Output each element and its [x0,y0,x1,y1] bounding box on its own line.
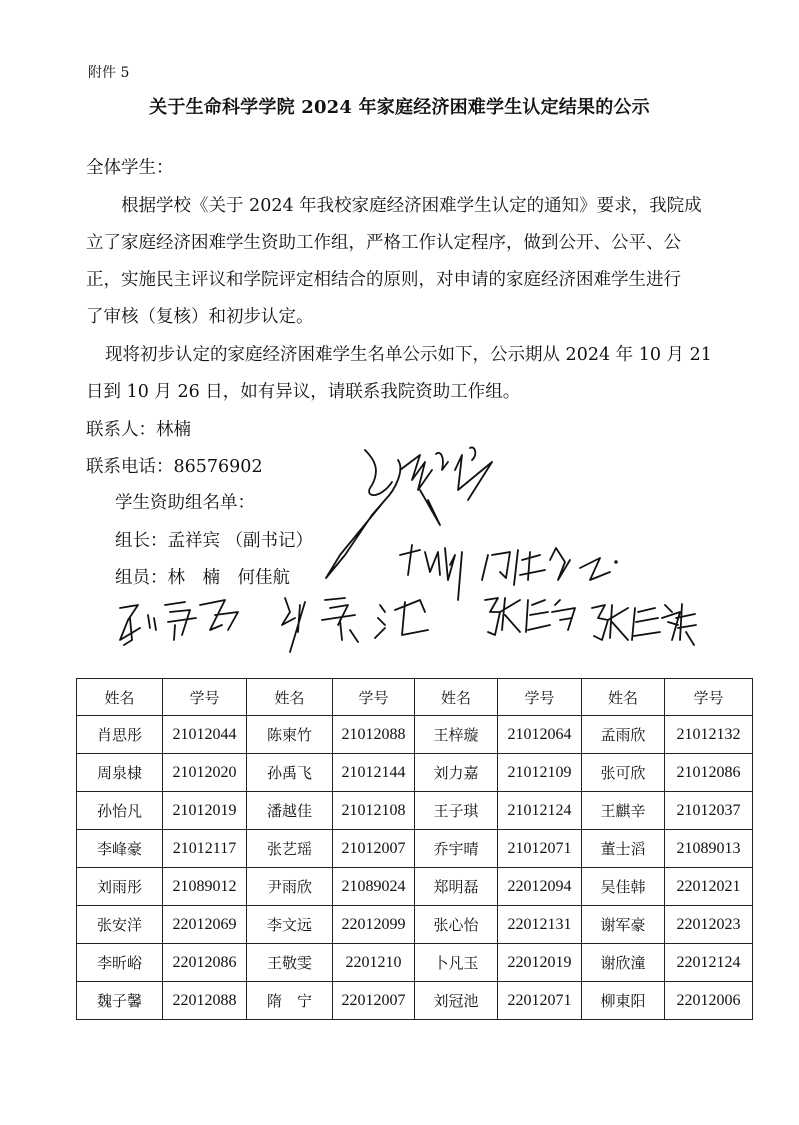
table-row: 李昕峪 22012086 王敬雯 2201210 卜凡玉 22012019 谢欣… [77,944,753,982]
student-id: 21012088 [333,716,415,754]
table-row: 周泉棣 21012020 孙禹飞 21012144 刘力嘉 21012109 张… [77,754,753,792]
student-name: 张心怡 [415,906,498,944]
table-row: 孙怡凡 21012019 潘越佳 21012108 王子琪 21012124 王… [77,792,753,830]
student-name: 王麒辛 [582,792,665,830]
student-id: 21012132 [665,716,753,754]
student-id: 22012086 [163,944,247,982]
student-name: 孙禹飞 [247,754,333,792]
student-name: 柳東阳 [582,982,665,1020]
student-id: 21012007 [333,830,415,868]
student-name: 李峰豪 [77,830,163,868]
student-name: 谢欣潼 [582,944,665,982]
signature-leader [326,447,492,578]
header-name: 姓名 [415,679,498,716]
student-id: 2201210 [333,944,415,982]
table-header-row: 姓名 学号 姓名 学号 姓名 学号 姓名 学号 [77,679,753,716]
student-id: 21012109 [498,754,582,792]
student-name: 卜凡玉 [415,944,498,982]
table-row: 肖思彤 21012044 陈柬竹 21012088 王梓璇 21012064 孟… [77,716,753,754]
paragraph1-line3: 正，实施民主评议和学院评定相结合的原则，对申请的家庭经济困难学生进行 [86,270,681,290]
student-name: 张艺瑶 [247,830,333,868]
student-id: 22012069 [163,906,247,944]
student-name: 孟雨欣 [582,716,665,754]
header-student-id: 学号 [333,679,415,716]
signature-liu [400,545,462,600]
student-name: 孙怡凡 [77,792,163,830]
student-name: 吴佳韩 [582,868,665,906]
paragraph1-line2: 立了家庭经济困难学生资助工作组，严格工作认定程序，做到公开、公平、公 [86,233,681,253]
student-id: 22012131 [498,906,582,944]
student-name: 隋 宁 [247,982,333,1020]
student-id: 22012019 [498,944,582,982]
student-name: 董士滔 [582,830,665,868]
student-roster-table: 姓名 学号 姓名 学号 姓名 学号 姓名 学号 肖思彤 21012044 陈柬竹… [76,678,753,1020]
header-student-id: 学号 [665,679,753,716]
student-name: 潘越佳 [247,792,333,830]
student-name: 李文远 [247,906,333,944]
student-id: 22012071 [498,982,582,1020]
student-id: 22012088 [163,982,247,1020]
header-student-id: 学号 [498,679,582,716]
table-row: 魏子馨 22012088 隋 宁 22012007 刘冠池 22012071 柳… [77,982,753,1020]
paragraph2-line2: 日到 10 月 26 日，如有异议，请联系我院资助工作组。 [86,382,520,402]
student-name: 刘力嘉 [415,754,498,792]
student-id: 21012108 [333,792,415,830]
student-name: 魏子馨 [77,982,163,1020]
student-name: 张安洋 [77,906,163,944]
student-id: 21012064 [498,716,582,754]
student-name: 李昕峪 [77,944,163,982]
salutation: 全体学生： [86,158,174,178]
student-id: 22012021 [665,868,753,906]
student-name: 刘雨彤 [77,868,163,906]
student-id: 22012006 [665,982,753,1020]
student-id: 21012020 [163,754,247,792]
student-id: 21012019 [163,792,247,830]
student-name: 郑明磊 [415,868,498,906]
contact-phone: 联系电话：86576902 [86,457,263,477]
signature-sun-yufei [120,600,238,645]
student-id: 22012124 [665,944,753,982]
student-name: 周泉棣 [77,754,163,792]
student-id: 22012099 [333,906,415,944]
student-id: 21012071 [498,830,582,868]
header-name: 姓名 [247,679,333,716]
student-name: 肖思彤 [77,716,163,754]
student-id: 21012124 [498,792,582,830]
student-id: 22012007 [333,982,415,1020]
student-name: 王敬雯 [247,944,333,982]
student-id: 21012117 [163,830,247,868]
student-name: 张可欣 [582,754,665,792]
aid-group-heading: 学生资助组名单： [115,493,255,513]
student-name: 王子琪 [415,792,498,830]
signature-liu-guanchi [282,598,428,652]
document-title: 关于生命科学学院 2024 年家庭经济困难学生认定结果的公示 [0,93,799,119]
student-id: 21012144 [333,754,415,792]
student-name: 谢军豪 [582,906,665,944]
student-id: 22012023 [665,906,753,944]
student-name: 陈柬竹 [247,716,333,754]
student-id: 21012044 [163,716,247,754]
table-row: 李峰豪 21012117 张艺瑶 21012007 乔宇晴 21012071 董… [77,830,753,868]
signature-zhang-jianing [485,598,575,635]
student-id: 21089013 [665,830,753,868]
header-name: 姓名 [77,679,163,716]
student-id: 21089012 [163,868,247,906]
signature-he-jiahang [482,548,617,585]
contact-person: 联系人：林楠 [86,420,191,440]
group-members: 组员：林 楠 何佳航 [115,568,290,588]
student-id: 21012086 [665,754,753,792]
student-id: 21089024 [333,868,415,906]
paragraph1-line4: 了审核（复核）和初步认定。 [86,307,314,327]
signature-zhang-jiaqi [592,604,696,645]
student-id: 22012094 [498,868,582,906]
paragraph1-line1: 根据学校《关于 2024 年我校家庭经济困难学生认定的通知》要求，我院成 [121,196,702,216]
header-student-id: 学号 [163,679,247,716]
student-id: 21012037 [665,792,753,830]
group-leader: 组长：孟祥宾 （副书记） [115,531,313,551]
student-name: 尹雨欣 [247,868,333,906]
table-row: 张安洋 22012069 李文远 22012099 张心怡 22012131 谢… [77,906,753,944]
table-row: 刘雨彤 21089012 尹雨欣 21089024 郑明磊 22012094 吴… [77,868,753,906]
student-name: 王梓璇 [415,716,498,754]
student-name: 乔宇晴 [415,830,498,868]
student-name: 刘冠池 [415,982,498,1020]
attachment-label: 附件 5 [88,62,129,82]
header-name: 姓名 [582,679,665,716]
paragraph2-line1: 现将初步认定的家庭经济困难学生名单公示如下，公示期从 2024 年 10 月 2… [105,345,712,365]
